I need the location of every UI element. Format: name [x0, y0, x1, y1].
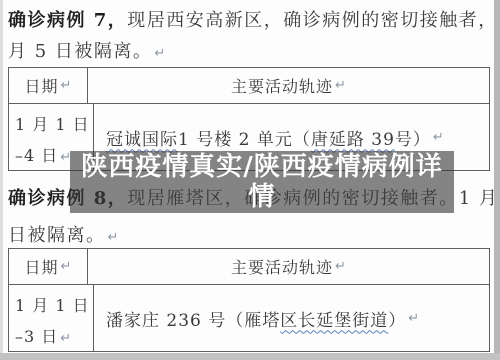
table-header-row: 日期↵ 主要活动轨迹↵	[9, 68, 489, 104]
case8-text-line2: 日被隔离。	[8, 225, 106, 246]
track-header-label: 主要活动轨迹	[231, 255, 333, 278]
date-line1: 1 月 1 日	[15, 290, 93, 321]
table-header-row: 日期↵ 主要活动轨迹↵	[9, 249, 489, 285]
wavy-underline-text: 唐延路 39	[311, 125, 395, 150]
date-column-header: 日期↵	[9, 249, 88, 284]
track-text: 潘家庄 236 号（雁塔	[106, 306, 280, 331]
case7-paragraph-line1: 确诊病例 7，现居西安高新区，确诊病例的密切接触者，1	[8, 6, 494, 32]
date-line2-text: –3 日	[15, 327, 58, 346]
page-edge-right	[494, 0, 500, 360]
table-row: 1 月 1 日 –3 日↵ 潘家庄 236 号（雁塔区长延堡街道）↵	[9, 285, 489, 351]
paragraph-mark-icon: ↵	[433, 130, 444, 145]
paragraph-mark-icon: ↵	[108, 230, 119, 245]
date-line2: –3 日↵	[15, 321, 93, 354]
page-edge-bottom	[0, 353, 500, 360]
paragraph-mark-icon: ↵	[335, 259, 346, 274]
watermark-overlay: 陕西疫情真实/陕西疫情病例详 情	[70, 151, 454, 213]
track-text: ）	[388, 306, 406, 331]
paragraph-mark-icon: ↵	[61, 259, 72, 274]
paragraph-mark-icon: ↵	[154, 46, 165, 61]
paragraph-mark-icon: ↵	[335, 78, 346, 93]
track-column-header: 主要活动轨迹↵	[88, 249, 489, 284]
date-line1: 1 月 1 日	[15, 109, 93, 140]
date-cell: 1 月 1 日 –3 日↵	[9, 285, 94, 351]
case8-activity-table: 日期↵ 主要活动轨迹↵ 1 月 1 日 –3 日↵ 潘家庄 236 号（雁塔区长…	[8, 248, 490, 352]
watermark-line1: 陕西疫情真实/陕西疫情病例详	[81, 152, 443, 182]
date-header-label: 日期	[25, 255, 59, 278]
date-header-label: 日期	[25, 74, 59, 97]
watermark-line2: 情	[248, 182, 275, 212]
case7-label: 确诊病例 7，	[8, 10, 127, 31]
page-edge-left	[0, 0, 3, 360]
paragraph-mark-icon: ↵	[60, 331, 71, 346]
track-text: 号）	[395, 125, 431, 150]
wavy-underline-text: 区长延堡街道	[280, 306, 388, 331]
track-text: 1 号楼 2 单元（	[178, 125, 311, 150]
wavy-underline-text: 冠诚国际	[106, 125, 178, 150]
track-header-label: 主要活动轨迹	[231, 74, 333, 97]
case7-text-line2: 月 5 日被隔离。	[8, 41, 152, 62]
document-page: 确诊病例 7，现居西安高新区，确诊病例的密切接触者，1 月 5 日被隔离。↵ 日…	[0, 0, 500, 360]
track-column-header: 主要活动轨迹↵	[88, 68, 489, 103]
case7-text: 现居西安高新区，确诊病例的密切接触者，1	[127, 10, 500, 31]
date-line2-text: –4 日	[15, 146, 58, 165]
paragraph-mark-icon: ↵	[61, 78, 72, 93]
case7-paragraph-line2: 月 5 日被隔离。↵	[8, 37, 494, 63]
case8-paragraph-line2: 日被隔离。↵	[8, 221, 494, 247]
track-cell: 潘家庄 236 号（雁塔区长延堡街道）↵	[94, 285, 489, 351]
paragraph-mark-icon: ↵	[408, 311, 419, 326]
date-column-header: 日期↵	[9, 68, 88, 103]
